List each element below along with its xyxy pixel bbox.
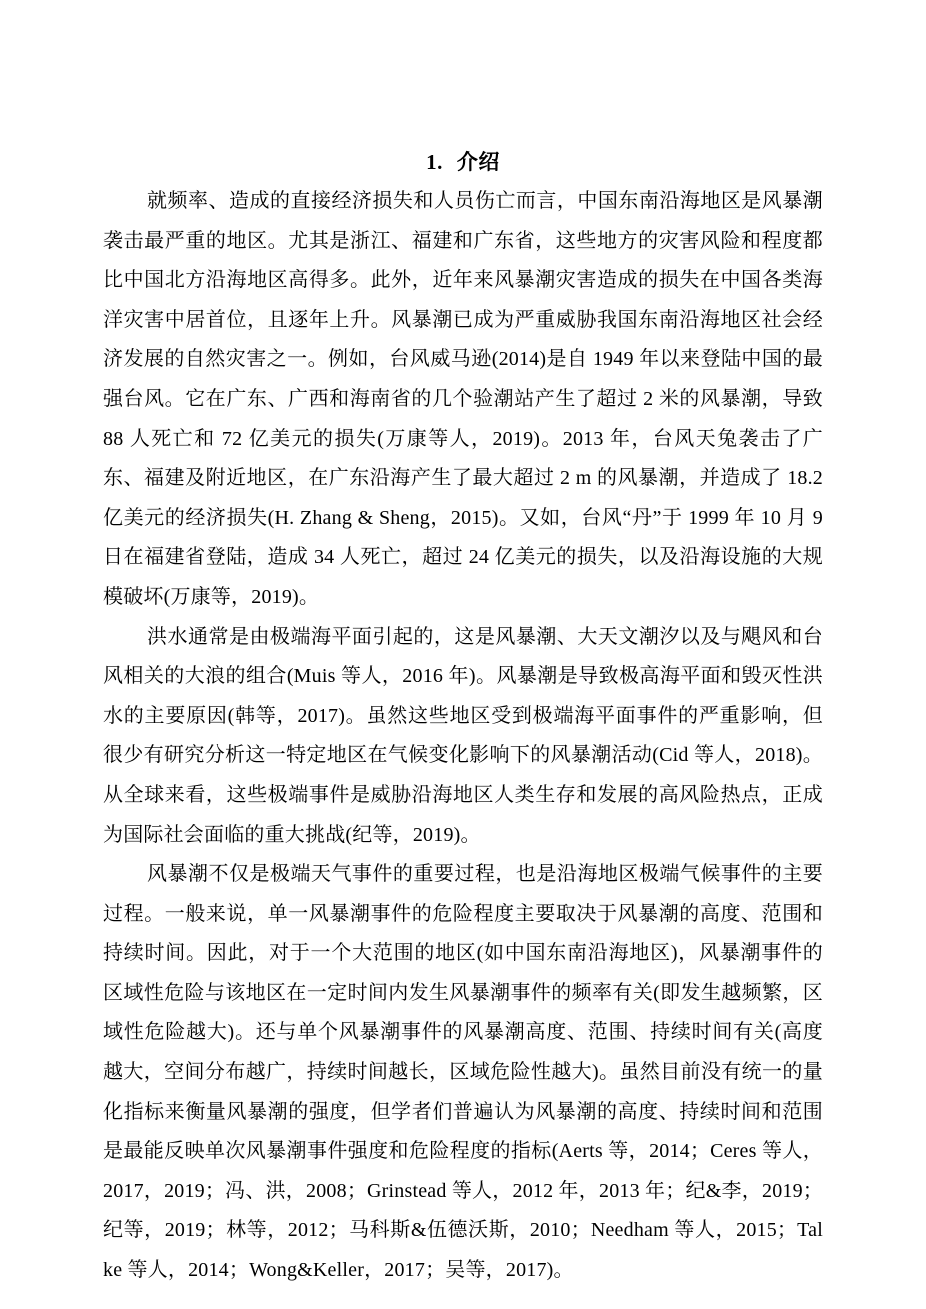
- document-page: 1.介绍 就频率、造成的直接经济损失和人员伤亡而言，中国东南沿海地区是风暴潮袭击…: [0, 0, 926, 1309]
- section-heading: 1.介绍: [103, 142, 823, 182]
- section-number: 1.: [426, 150, 443, 174]
- paragraph-2: 洪水通常是由极端海平面引起的，这是风暴潮、大天文潮汐以及与飓风和台风相关的大浪的…: [103, 618, 823, 856]
- paragraph-3: 风暴潮不仅是极端天气事件的重要过程，也是沿海地区极端气候事件的主要过程。一般来说…: [103, 855, 823, 1291]
- section-title: 介绍: [457, 150, 500, 174]
- document-body: 就频率、造成的直接经济损失和人员伤亡而言，中国东南沿海地区是风暴潮袭击最严重的地…: [103, 182, 823, 1291]
- paragraph-1: 就频率、造成的直接经济损失和人员伤亡而言，中国东南沿海地区是风暴潮袭击最严重的地…: [103, 182, 823, 618]
